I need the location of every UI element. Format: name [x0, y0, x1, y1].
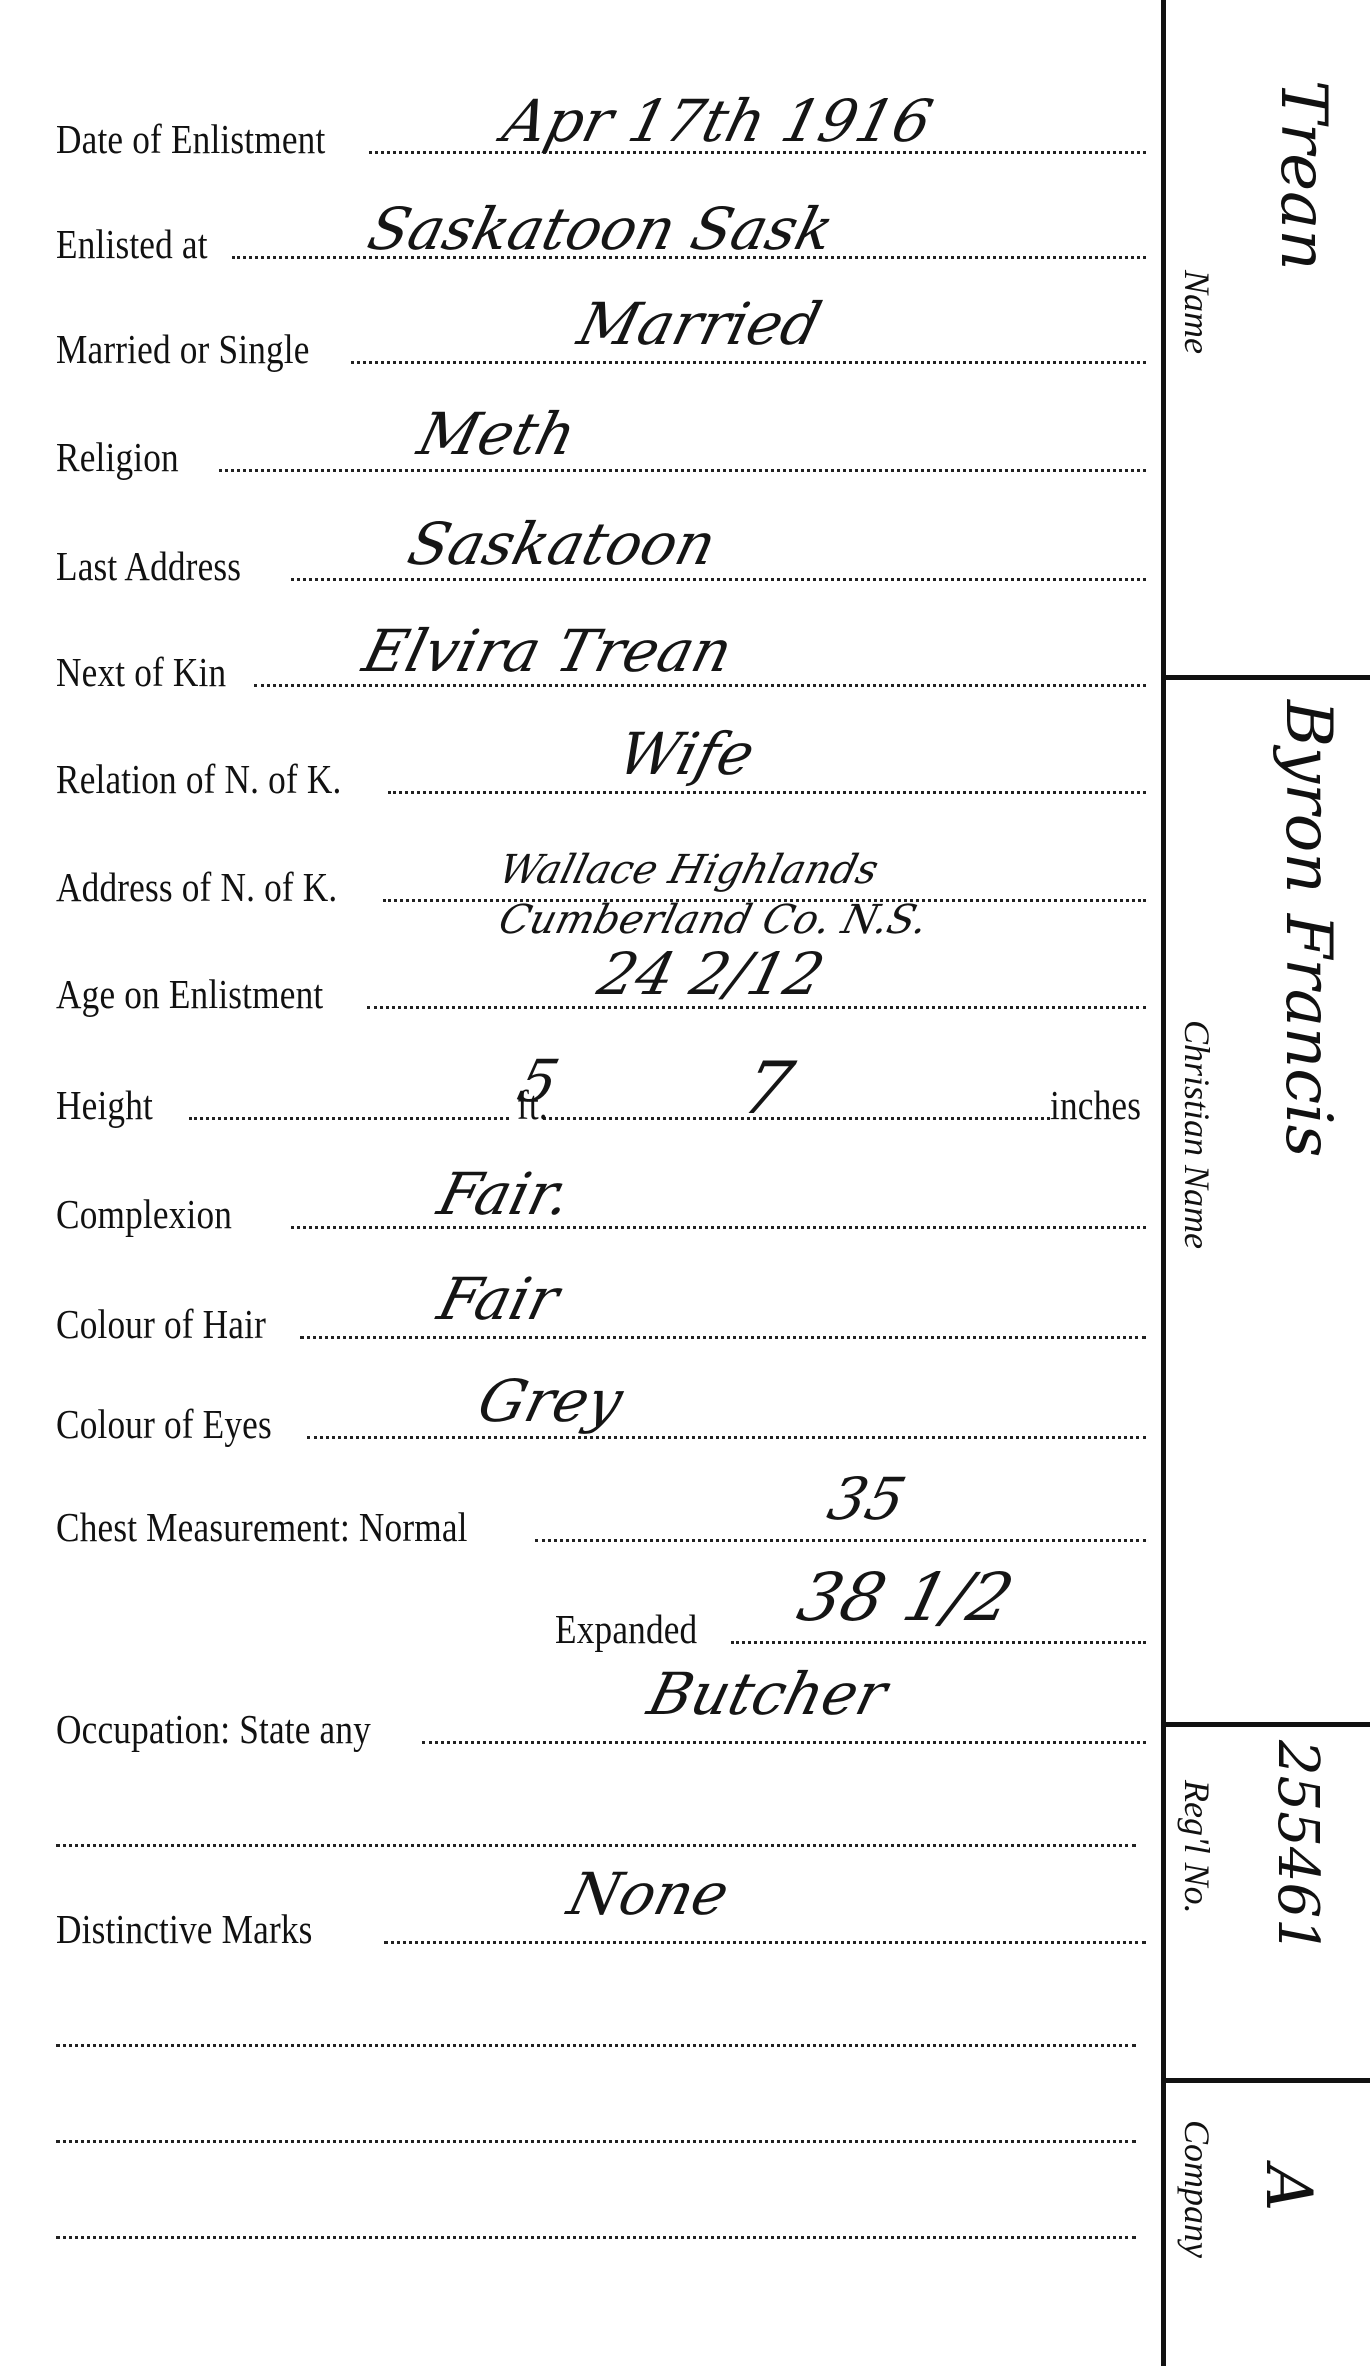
field-label: Religion	[56, 437, 179, 478]
field-value-chest-expanded: 38 1/2	[792, 1565, 1020, 1631]
name-label: Name	[1176, 270, 1218, 354]
field-value-distinctive-marks: None	[563, 1865, 735, 1923]
christian-name-label: Christian Name	[1176, 1020, 1218, 1249]
field-height: Height ft. inches	[56, 1066, 1156, 1126]
field-label: Last Address	[56, 546, 241, 587]
field-occupation: Occupation: State any	[56, 1690, 1146, 1750]
name-value: Trean	[1266, 80, 1340, 271]
section-divider	[1166, 1722, 1370, 1727]
field-relation-of-nok: Relation of N. of K.	[56, 740, 1146, 800]
fill-line	[731, 1641, 1146, 1644]
column-divider	[1161, 0, 1166, 2366]
fill-line	[535, 1539, 1146, 1542]
field-value-occupation: Butcher	[643, 1665, 893, 1723]
christian-name-value: Byron Francis	[1271, 700, 1345, 1157]
fill-line	[291, 578, 1146, 581]
field-label: Distinctive Marks	[56, 1909, 313, 1950]
field-label: Height	[56, 1085, 153, 1126]
field-label: Chest Measurement: Normal	[56, 1507, 468, 1548]
field-value-address-of-nok-line1: Wallace Highlands	[495, 850, 882, 890]
inches-unit-label: inches	[1050, 1085, 1141, 1126]
field-label: Address of N. of K.	[56, 867, 337, 908]
fill-line	[384, 1941, 1146, 1944]
regl-no-label: Reg'l No.	[1176, 1780, 1218, 1914]
field-label: Married or Single	[56, 329, 310, 370]
field-label: Date of Enlistment	[56, 119, 325, 160]
field-value-date-of-enlistment: Apr 17th 1916	[498, 92, 938, 150]
field-value-married-or-single: Married	[573, 295, 827, 353]
fill-line	[300, 1336, 1146, 1339]
field-label: Relation of N. of K.	[56, 759, 341, 800]
fill-line	[189, 1117, 509, 1120]
company-label: Company	[1176, 2120, 1218, 2258]
blank-fill-line	[56, 1844, 1136, 1847]
field-chest-normal: Chest Measurement: Normal	[56, 1488, 1146, 1548]
fill-line	[307, 1436, 1146, 1439]
field-label: Occupation: State any	[56, 1709, 371, 1750]
fill-line	[291, 1226, 1146, 1229]
section-divider	[1166, 2078, 1370, 2083]
fill-line	[388, 791, 1146, 794]
field-value-religion: Meth	[413, 405, 582, 463]
enlistment-card: Date of Enlistment Apr 17th 1916 Enliste…	[0, 0, 1370, 2366]
blank-fill-line	[56, 2140, 1136, 2143]
company-value: A	[1251, 2165, 1325, 2211]
blank-fill-line	[56, 2236, 1136, 2239]
field-value-colour-of-eyes: Grey	[473, 1372, 629, 1430]
field-religion: Religion	[56, 418, 1146, 478]
field-value-colour-of-hair: Fair	[433, 1270, 565, 1328]
fill-line	[219, 469, 1146, 472]
regl-no-value: 255461	[1265, 1740, 1330, 1954]
fill-line	[422, 1741, 1146, 1744]
field-label: Age on Enlistment	[56, 974, 323, 1015]
field-value-complexion: Fair.	[433, 1165, 577, 1223]
field-value-last-address: Saskatoon	[403, 515, 722, 573]
field-complexion: Complexion	[56, 1175, 1146, 1235]
section-divider	[1166, 675, 1370, 680]
fill-line	[543, 1117, 1050, 1120]
field-value-address-of-nok-line2: Cumberland Co. N.S.	[495, 900, 932, 940]
field-label: Colour of Hair	[56, 1304, 266, 1345]
field-label: Next of Kin	[56, 652, 226, 693]
field-value-chest-normal: 35	[823, 1470, 911, 1528]
blank-fill-line	[56, 2044, 1136, 2047]
field-value-relation-of-nok: Wife	[613, 725, 760, 783]
field-value-enlisted-at: Saskatoon Sask	[363, 200, 839, 258]
field-value-next-of-kin: Elvira Trean	[358, 622, 738, 680]
fill-line	[351, 361, 1146, 364]
field-colour-of-hair: Colour of Hair	[56, 1285, 1146, 1345]
field-label: Complexion	[56, 1194, 232, 1235]
field-label: Enlisted at	[56, 224, 208, 265]
field-value-age-on-enlistment: 24 2/12	[593, 945, 830, 1003]
field-label: Colour of Eyes	[56, 1404, 272, 1445]
field-label: Expanded	[555, 1609, 697, 1650]
